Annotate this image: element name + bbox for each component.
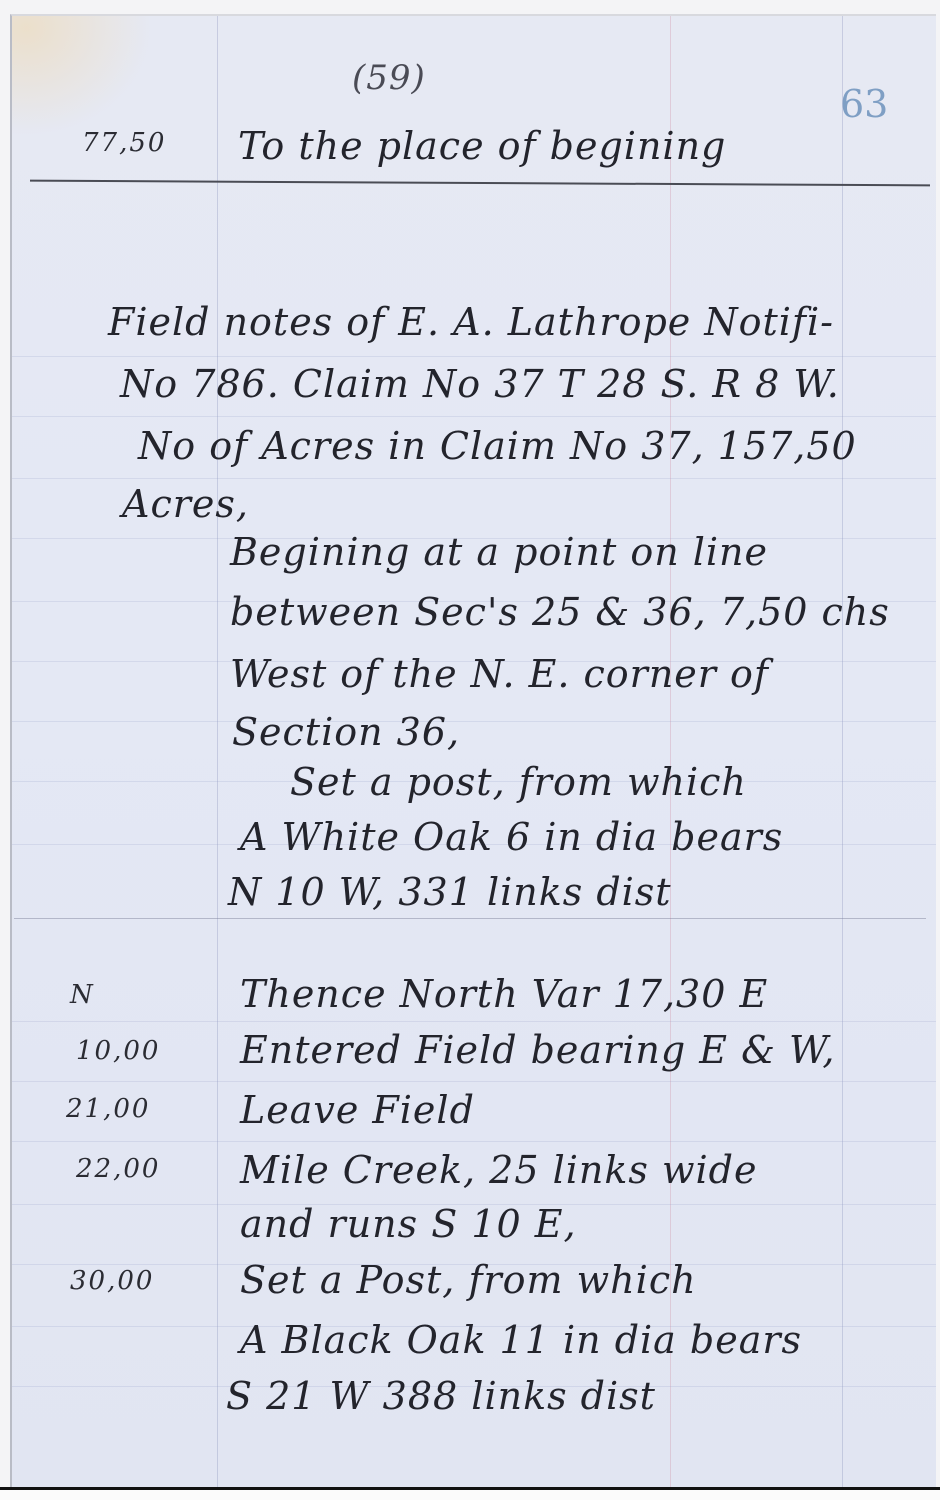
title-line-1: Field notes of E. A. Lathrope Notifi- (108, 300, 834, 344)
entry-line: and runs S 10 E, (240, 1202, 577, 1246)
section-rule (14, 918, 926, 919)
entry-distance: 30,00 (70, 1266, 154, 1296)
entry-distance: 21,00 (66, 1094, 150, 1124)
entry-distance: 22,00 (76, 1154, 160, 1184)
title-line-3: No of Acres in Claim No 37, 157,50 (138, 424, 857, 468)
entry-line: Mile Creek, 25 links wide (240, 1148, 758, 1192)
beginning-line-3: West of the N. E. corner of (230, 652, 769, 696)
entry-line: Set a Post, from which (240, 1258, 697, 1302)
entry-line: A Black Oak 11 in dia bears (240, 1318, 802, 1362)
ruled-line (12, 416, 936, 417)
frame-bottom-margin (0, 1490, 940, 1500)
beginning-line-7: N 10 W, 331 links dist (228, 870, 672, 914)
beginning-line-2: between Sec's 25 & 36, 7,50 chs (230, 590, 890, 634)
ruled-line (12, 1141, 936, 1142)
entry-line: S 21 W 388 links dist (226, 1374, 656, 1418)
entry-distance: 10,00 (76, 1036, 160, 1066)
beginning-line-6: A White Oak 6 in dia bears (240, 815, 783, 859)
ruled-line (12, 356, 936, 357)
margin-column-rule (217, 16, 218, 1494)
beginning-line-1: Begining at a point on line (230, 530, 768, 574)
entry-line: Thence North Var 17,30 E (240, 972, 768, 1016)
page-number-stamp: 63 (840, 82, 888, 126)
header-margin-value: 77,50 (82, 128, 166, 158)
ruled-line (12, 1021, 936, 1022)
entry-line: Leave Field (240, 1088, 475, 1132)
entry-line: Entered Field bearing E & W, (240, 1028, 835, 1072)
pencil-page-number: (59) (352, 58, 426, 98)
title-line-2: No 786. Claim No 37 T 28 S. R 8 W. (120, 362, 840, 406)
beginning-line-5: Set a post, from which (290, 760, 747, 804)
header-line: To the place of begining (238, 124, 726, 168)
ruled-line (12, 478, 936, 479)
document-viewer-frame: (59) 63 77,50 To the place of begining F… (0, 0, 940, 1500)
ruled-line (12, 1081, 936, 1082)
title-line-4: Acres, (122, 482, 249, 526)
column-rule-right (842, 16, 843, 1494)
ruled-line (12, 721, 936, 722)
entry-distance: N (70, 980, 95, 1010)
beginning-line-4: Section 36, (232, 710, 460, 754)
